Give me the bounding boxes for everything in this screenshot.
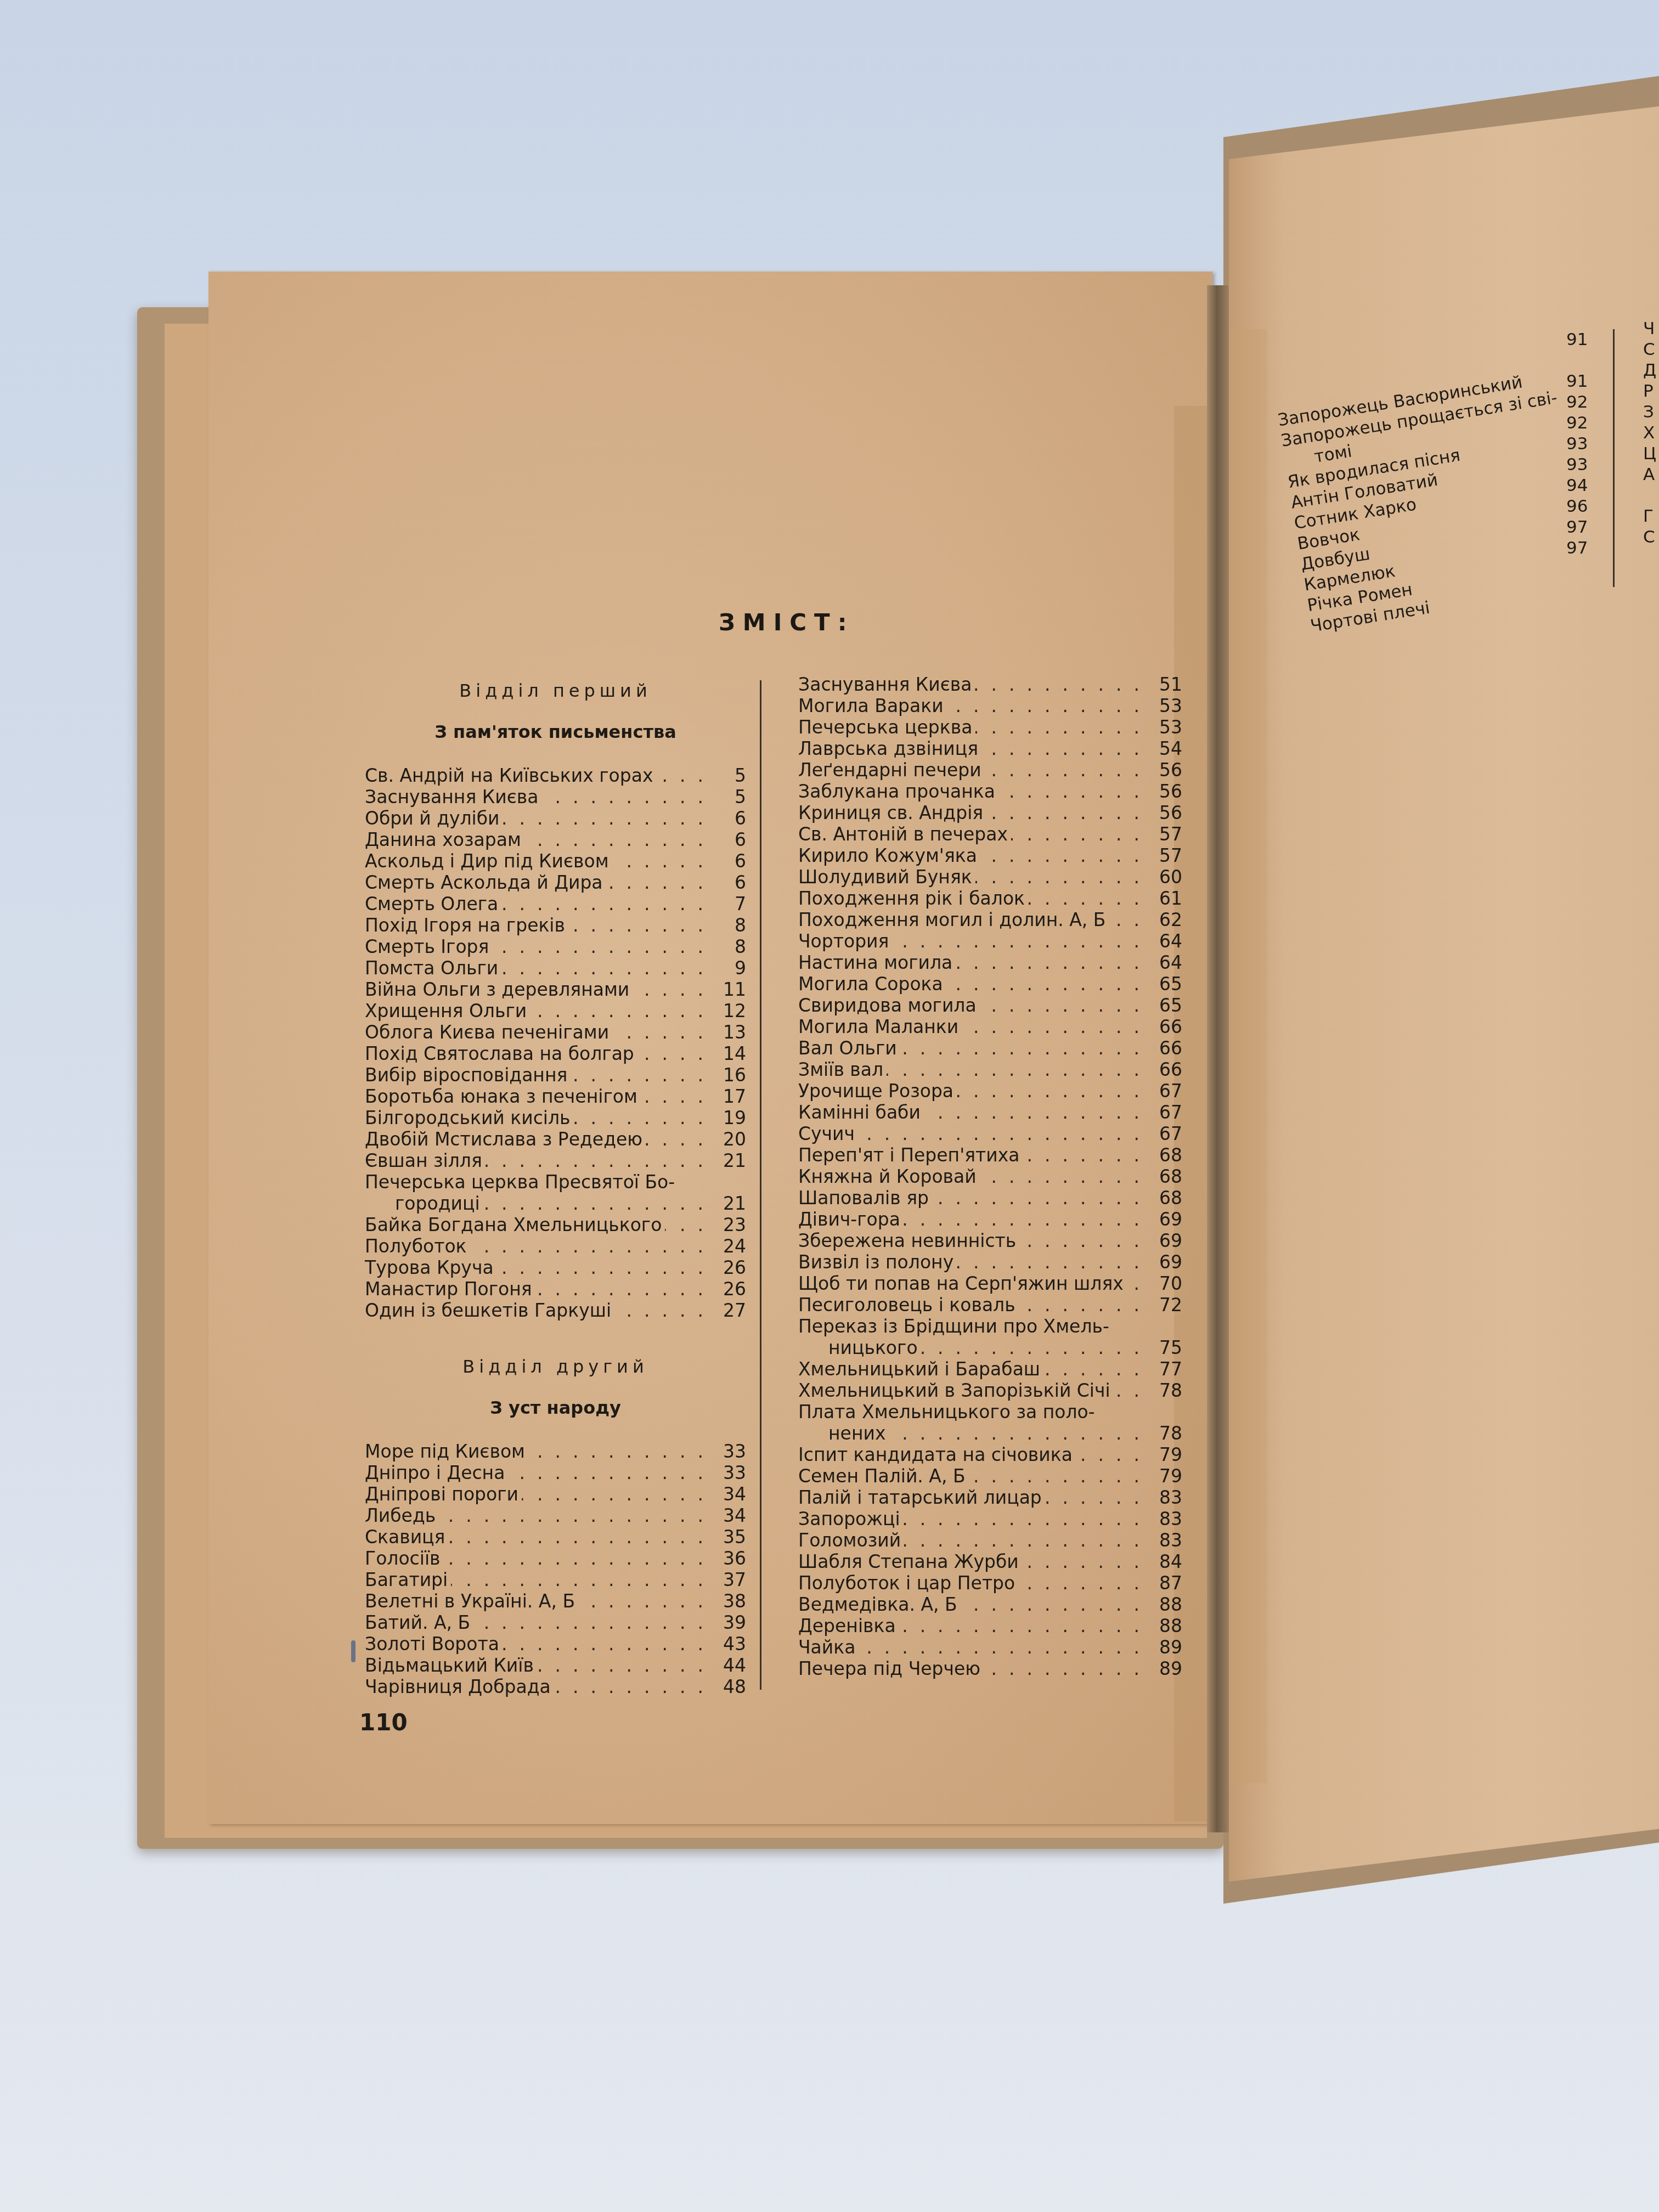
toc-entry: Шолудивий Буняк.........................… — [798, 866, 1182, 888]
toc-entry: Могила Маланки..........................… — [798, 1016, 1182, 1037]
entry-title: Облога Києва печенігами — [365, 1022, 609, 1043]
entry-page-number: 44 — [719, 1655, 746, 1676]
right-page-content: Запорожець ВасюринськийЗапорожець прощає… — [1262, 258, 1659, 697]
entry-title: Море під Києвом — [365, 1441, 525, 1462]
entry-page-number: 65 — [1155, 973, 1182, 995]
entry-title: ницького — [798, 1337, 918, 1358]
toc-entry: Свиридова могила........................… — [798, 995, 1182, 1016]
edge-letter: Ц — [1643, 443, 1656, 464]
toc-entry: Хмельницький в Запорізькій Січі.........… — [798, 1380, 1182, 1401]
dot-leader: ........................................ — [578, 1590, 715, 1612]
toc-entry: Могила Сорока...........................… — [798, 973, 1182, 995]
edge-letter: Ч — [1643, 318, 1656, 339]
toc-entry: Голосіїв................................… — [365, 1548, 746, 1569]
entry-page-number: 21 — [719, 1150, 746, 1171]
toc-right-page-entries: Запорожець ВасюринськийЗапорожець прощає… — [1277, 366, 1594, 637]
dot-leader: ........................................ — [646, 1128, 715, 1150]
entry-page-number: 9 — [719, 957, 746, 979]
entry-title: Двобій Мстислава з Редедею — [365, 1128, 642, 1150]
entry-title: нених — [798, 1423, 885, 1444]
right-page-divider — [1613, 329, 1615, 587]
dot-leader: ........................................ — [641, 1086, 715, 1107]
entry-title: Чайка — [798, 1637, 855, 1658]
entry-title: Леґендарні печери — [798, 759, 981, 781]
entry-page-number: 60 — [1155, 866, 1182, 888]
repair-tape-right — [1223, 329, 1267, 1783]
entry-title: Багатирі — [365, 1569, 448, 1590]
dot-leader: ........................................ — [522, 1483, 715, 1505]
toc-right-column: Заснування Києва........................… — [798, 674, 1182, 1679]
toc-entry: Вал Ольги...............................… — [798, 1037, 1182, 1059]
toc-entry: Один із бешкетів Гаркуші................… — [365, 1300, 746, 1321]
entry-page-number: 93 — [1566, 433, 1588, 454]
dot-leader: ........................................ — [444, 1548, 715, 1569]
book-gutter — [1207, 285, 1229, 1832]
entry-page-number: 56 — [1155, 759, 1182, 781]
dot-leader: ........................................ — [537, 1655, 715, 1676]
dot-leader: ........................................ — [975, 866, 1152, 888]
entry-page-number: 53 — [1155, 695, 1182, 716]
dot-leader: ........................................ — [1019, 1294, 1152, 1316]
toc-entry: Хмельницький і Барабаш..................… — [798, 1358, 1182, 1380]
dot-leader: ........................................ — [1019, 1230, 1152, 1251]
dot-leader: ........................................ — [1018, 1572, 1152, 1594]
entry-title: Дніпро і Десна — [365, 1462, 505, 1483]
entry-title: Один із бешкетів Гаркуші — [365, 1300, 611, 1321]
entry-page-number: 7 — [719, 893, 746, 915]
entry-title: Печерська церква — [798, 716, 972, 738]
entry-title: Скавиця — [365, 1526, 445, 1548]
toc-entry: Облога Києва печенігами.................… — [365, 1022, 746, 1043]
entry-page-number: 79 — [1155, 1444, 1182, 1465]
entry-page-number: 72 — [1155, 1294, 1182, 1316]
entry-title: Полуботок — [365, 1235, 467, 1257]
entry-page-number: 6 — [719, 850, 746, 872]
dot-leader: ........................................ — [448, 1526, 715, 1548]
right-page-numbers: 91919292939394969797 — [1566, 329, 1588, 558]
dot-leader: ........................................ — [612, 850, 715, 872]
dot-leader: ........................................ — [492, 936, 715, 957]
toc-entry: Св. Антоній в печерах...................… — [798, 823, 1182, 845]
dot-leader: ........................................ — [969, 1465, 1152, 1487]
toc-entry: Данина хозарам..........................… — [365, 829, 746, 850]
entry-title: Смерть Олега — [365, 893, 498, 915]
entry-title: Війна Ольги з деревлянами — [365, 979, 629, 1000]
toc-entry: Походження рік і балок..................… — [798, 888, 1182, 909]
toc-entry: Скавиця.................................… — [365, 1526, 746, 1548]
dot-leader: ........................................ — [637, 1043, 715, 1064]
toc-entry: Либедь..................................… — [365, 1505, 746, 1526]
entry-page-number: 48 — [719, 1676, 746, 1697]
entry-page-number: 69 — [1155, 1251, 1182, 1273]
entry-title: Настина могила — [798, 952, 952, 973]
dot-leader: ........................................ — [904, 1209, 1152, 1230]
edge-letter: З — [1643, 402, 1656, 422]
toc-entry: Хрищення Ольги..........................… — [365, 1000, 746, 1022]
entry-page-number: 78 — [1155, 1380, 1182, 1401]
entry-title: Св. Антоній в печерах — [798, 823, 1008, 845]
toc-entry: Білгородський кисіль....................… — [365, 1107, 746, 1128]
entry-title: Вал Ольги — [798, 1037, 897, 1059]
toc-entry: Іспит кандидата на січовика.............… — [798, 1444, 1182, 1465]
toc-entry: Чарівниця Добрада.......................… — [365, 1676, 746, 1697]
entry-page-number: 62 — [1155, 909, 1182, 930]
toc-entry: Боротьба юнака з печенігом..............… — [365, 1086, 746, 1107]
toc-entry: Лаврська дзвіниця.......................… — [798, 738, 1182, 759]
dot-leader: ........................................ — [568, 915, 715, 936]
entry-title: Голосіїв — [365, 1548, 441, 1569]
toc-entry: Заблукана прочанка......................… — [798, 781, 1182, 802]
dot-leader: ........................................ — [859, 1637, 1152, 1658]
entry-title: Іспит кандидата на січовика — [798, 1444, 1073, 1465]
edge-letter: Х — [1643, 422, 1656, 443]
toc-entry: Дніпро і Десна..........................… — [365, 1462, 746, 1483]
entry-title: Збережена невинність — [798, 1230, 1016, 1251]
dot-leader: ........................................ — [503, 808, 715, 829]
entry-title: Могила Сорока — [798, 973, 943, 995]
entry-page-number: 57 — [1155, 845, 1182, 866]
edge-letter: Р — [1643, 381, 1656, 402]
toc-entry: Похід Святослава на болгар..............… — [365, 1043, 746, 1064]
entry-title: Боротьба юнака з печенігом — [365, 1086, 637, 1107]
entry-page-number: 38 — [719, 1590, 746, 1612]
dot-leader: ........................................ — [439, 1505, 715, 1526]
dot-leader: ........................................ — [473, 1612, 715, 1633]
dot-leader: ........................................ — [486, 1150, 715, 1171]
dot-leader: ........................................ — [932, 1187, 1152, 1209]
entry-title: Заснування Києва — [798, 674, 972, 695]
toc-entry: Переп'ят і Переп'ятиха..................… — [798, 1144, 1182, 1166]
toc-entry: Море під Києвом.........................… — [365, 1441, 746, 1462]
entry-page-number: 33 — [719, 1462, 746, 1483]
entry-page-number: 39 — [719, 1612, 746, 1633]
entry-page-number: 91 — [1566, 371, 1588, 392]
toc-entry: Смерть Аскольда й Дира..................… — [365, 872, 746, 893]
entry-page-number: 65 — [1155, 995, 1182, 1016]
entry-page-number: 24 — [719, 1235, 746, 1257]
toc-entries-section1: Св. Андрій на Київських горах...........… — [365, 765, 746, 1321]
entry-title: Чортория — [798, 930, 889, 952]
entry-page-number: 33 — [719, 1441, 746, 1462]
toc-left-column: Відділ перший З пам'яток письменства Св.… — [365, 680, 746, 1697]
section-heading: Відділ перший — [365, 680, 746, 702]
toc-entry: Урочище Розора..........................… — [798, 1080, 1182, 1102]
toc-entry: Заснування Києва........................… — [798, 674, 1182, 695]
dot-leader: ........................................ — [961, 1594, 1152, 1615]
dot-leader: ........................................ — [984, 1658, 1152, 1679]
toc-entry: Семен Палій. А, Б.......................… — [798, 1465, 1182, 1487]
dot-leader: ........................................ — [975, 674, 1152, 695]
entry-page-number: 92 — [1566, 413, 1588, 433]
toc-entry: Плата Хмельницького за поло- — [798, 1401, 1182, 1423]
entry-title: Княжна й Коровай — [798, 1166, 977, 1187]
toc-entry: Запорожці...............................… — [798, 1508, 1182, 1530]
entry-page-number: 35 — [719, 1526, 746, 1548]
toc-entry: Княжна й Коровай........................… — [798, 1166, 1182, 1187]
dot-leader: ........................................ — [530, 1000, 715, 1022]
toc-entry: Помста Ольги............................… — [365, 957, 746, 979]
entry-page-number: 11 — [719, 979, 746, 1000]
entry-title: Печера під Черчею — [798, 1658, 980, 1679]
entry-title: Переказ із Брідщини про Хмель- — [798, 1316, 1109, 1337]
dot-leader: ........................................ — [924, 1102, 1152, 1123]
entry-title: Зміїв вал — [798, 1059, 883, 1080]
entry-title: Вибір віросповідання — [365, 1064, 567, 1086]
entry-page-number: 20 — [719, 1128, 746, 1150]
entry-page-number: 23 — [719, 1214, 746, 1235]
toc-entry: Заснування Києва........................… — [365, 786, 746, 808]
entry-page-number: 88 — [1155, 1594, 1182, 1615]
entry-page-number: 97 — [1566, 517, 1588, 538]
entry-title: Печерська церква Пресвятої Бо- — [365, 1171, 675, 1193]
entry-page-number: 79 — [1155, 1465, 1182, 1487]
entry-page-number: 27 — [719, 1300, 746, 1321]
toc-entry: Смерть Олега............................… — [365, 893, 746, 915]
entry-page-number: 54 — [1155, 738, 1182, 759]
edge-letter — [1643, 485, 1656, 506]
entry-page-number: 75 — [1155, 1337, 1182, 1358]
dot-leader: ........................................ — [946, 973, 1152, 995]
toc-entry: Двобій Мстислава з Редедею..............… — [365, 1128, 746, 1150]
dot-leader: ........................................ — [501, 957, 715, 979]
dot-leader: ........................................ — [962, 1016, 1152, 1037]
toc-entry: Песиголовець і коваль...................… — [798, 1294, 1182, 1316]
dot-leader: ........................................ — [957, 1251, 1152, 1273]
entry-title: Урочище Розора — [798, 1080, 953, 1102]
toc-entry: Печерська церква........................… — [798, 716, 1182, 738]
toc-entry: Турова Круча............................… — [365, 1257, 746, 1278]
dot-leader: ........................................ — [574, 1107, 715, 1128]
dot-leader: ........................................ — [887, 1059, 1152, 1080]
toc-entry: Криниця св. Андрія......................… — [798, 802, 1182, 823]
toc-entry: Визвіл із полону........................… — [798, 1251, 1182, 1273]
toc-entry: Збережена невинність....................… — [798, 1230, 1182, 1251]
entry-page-number: 6 — [719, 808, 746, 829]
entry-title: Визвіл із полону — [798, 1251, 953, 1273]
toc-entry: Вибір віросповідання....................… — [365, 1064, 746, 1086]
entry-title: Золоті Ворота — [365, 1633, 499, 1655]
entry-title: Велетні в Україні. А, Б — [365, 1590, 575, 1612]
entry-title: Могила Вараки — [798, 695, 944, 716]
entry-title: Похід Святослава на болгар — [365, 1043, 634, 1064]
toc-entry: Настина могила..........................… — [798, 952, 1182, 973]
entry-title: Деренівка — [798, 1615, 896, 1637]
toc-entry: Полуботок...............................… — [365, 1235, 746, 1257]
entry-page-number: 69 — [1155, 1230, 1182, 1251]
entry-title: Походження могил і долин. А, Б — [798, 909, 1105, 930]
dot-leader: ........................................ — [451, 1569, 715, 1590]
dot-leader: ........................................ — [1076, 1444, 1152, 1465]
entry-page-number: 83 — [1155, 1530, 1182, 1551]
entry-title: Данина хозарам — [365, 829, 521, 850]
toc-entry: Золоті Ворота...........................… — [365, 1633, 746, 1655]
dot-leader: ........................................ — [497, 1257, 715, 1278]
dot-leader: ........................................ — [975, 716, 1152, 738]
edge-letter: С — [1643, 527, 1656, 548]
entry-page-number: 36 — [719, 1548, 746, 1569]
toc-entry: Смерть Ігоря............................… — [365, 936, 746, 957]
dot-leader: ........................................ — [1045, 1487, 1152, 1508]
entry-page-number: 5 — [719, 765, 746, 786]
toc-entry: Багатирі................................… — [365, 1569, 746, 1590]
entry-title: Хмельницький в Запорізькій Січі — [798, 1380, 1110, 1401]
edge-letter: А — [1643, 464, 1656, 485]
right-page-edge-letters: ЧСДРЗХЦАГС — [1643, 318, 1656, 548]
dot-leader: ........................................ — [470, 1235, 715, 1257]
entry-title: Шаповалів яр — [798, 1187, 929, 1209]
entry-title: Заснування Києва — [365, 786, 538, 808]
toc-entry: Печерська церква Пресвятої Бо- — [365, 1171, 746, 1193]
entry-page-number: 66 — [1155, 1016, 1182, 1037]
toc-entry: Щоб ти попав на Серп'яжин шлях..........… — [798, 1273, 1182, 1294]
dot-leader: ........................................ — [957, 1080, 1152, 1102]
entry-title: Турова Круча — [365, 1257, 494, 1278]
toc-entry: ницького................................… — [798, 1337, 1182, 1358]
entry-page-number: 8 — [719, 936, 746, 957]
toc-entry: Шаповалів яр............................… — [798, 1187, 1182, 1209]
dot-leader: ........................................ — [1011, 823, 1152, 845]
dot-leader: ........................................ — [657, 765, 716, 786]
toc-entry: Аскольд і Дир під Києвом................… — [365, 850, 746, 872]
dot-leader: ........................................ — [606, 872, 715, 893]
edge-letter: Д — [1643, 360, 1656, 381]
entry-page-number: 43 — [719, 1633, 746, 1655]
entry-page-number: 91 — [1566, 329, 1588, 350]
dot-leader: ........................................ — [858, 1123, 1152, 1144]
dot-leader: ........................................ — [980, 995, 1152, 1016]
entry-page-number: 68 — [1155, 1166, 1182, 1187]
entry-page-number: 67 — [1155, 1123, 1182, 1144]
entry-page-number: 21 — [719, 1193, 746, 1214]
entry-title: Смерть Ігоря — [365, 936, 489, 957]
entry-page-number: 19 — [719, 1107, 746, 1128]
dot-leader: ........................................ — [904, 1508, 1152, 1530]
entry-page-number: 70 — [1155, 1273, 1182, 1294]
entry-page-number: 6 — [719, 829, 746, 850]
entry-page-number: 97 — [1566, 538, 1588, 558]
entry-title: Заблукана прочанка — [798, 781, 995, 802]
entry-page-number: 64 — [1155, 930, 1182, 952]
dot-leader: ........................................ — [535, 1278, 715, 1300]
dot-leader: ........................................ — [904, 1530, 1152, 1551]
toc-entry: Св. Андрій на Київських горах...........… — [365, 765, 746, 786]
entry-title: Дніпрові пороги — [365, 1483, 518, 1505]
entry-title: Семен Палій. А, Б — [798, 1465, 966, 1487]
entry-title: Щоб ти попав на Серп'яжин шлях — [798, 1273, 1124, 1294]
entry-title: Чарівниця Добрада — [365, 1676, 551, 1697]
toc-entry: Палій і татарський лицар................… — [798, 1487, 1182, 1508]
dot-leader: ........................................ — [899, 1615, 1152, 1637]
toc-entry: Могила Вараки...........................… — [798, 695, 1182, 716]
dot-leader: ........................................ — [947, 695, 1152, 716]
entry-page-number: 61 — [1155, 888, 1182, 909]
entry-title: Походження рік і балок — [798, 888, 1025, 909]
entry-title: Кирило Кожум'яка — [798, 845, 977, 866]
entry-title: Полуботок і цар Петро — [798, 1572, 1015, 1594]
entry-page-number: 68 — [1155, 1187, 1182, 1209]
entry-page-number: 89 — [1155, 1637, 1182, 1658]
toc-entry: Обри й дуліби...........................… — [365, 808, 746, 829]
entry-page-number: 14 — [719, 1043, 746, 1064]
dot-leader: ........................................ — [483, 1193, 715, 1214]
entry-page-number: 34 — [719, 1483, 746, 1505]
toc-entry: Зміїв вал...............................… — [798, 1059, 1182, 1080]
entry-title: Шолудивий Буняк — [798, 866, 972, 888]
dot-leader: ........................................ — [503, 1633, 715, 1655]
toc-entry: Ведмедівка. А, Б........................… — [798, 1594, 1182, 1615]
entry-title: Переп'ят і Переп'ятиха — [798, 1144, 1020, 1166]
toc-entry: Чортория................................… — [798, 930, 1182, 952]
dot-leader: ........................................ — [508, 1462, 715, 1483]
dot-leader: ........................................ — [985, 759, 1152, 781]
toc-entry: Дніпрові пороги.........................… — [365, 1483, 746, 1505]
dot-leader: ........................................ — [980, 1166, 1152, 1187]
entry-page-number: 56 — [1155, 781, 1182, 802]
toc-entry: Голомозий...............................… — [798, 1530, 1182, 1551]
toc-entries-section2: Море під Києвом.........................… — [365, 1441, 746, 1697]
entry-page-number: 96 — [1566, 496, 1588, 517]
dot-leader: ........................................ — [501, 893, 715, 915]
edge-letter: С — [1643, 339, 1656, 360]
dot-leader: ........................................ — [986, 802, 1152, 823]
entry-title: Дівич-гора — [798, 1209, 900, 1230]
toc-entry: Переказ із Брідщини про Хмель- — [798, 1316, 1182, 1337]
dot-leader: ........................................ — [889, 1423, 1152, 1444]
entry-title: Байка Богдана Хмельницького — [365, 1214, 662, 1235]
dot-leader: ........................................ — [524, 829, 715, 850]
entry-page-number: 37 — [719, 1569, 746, 1590]
entry-title: Ведмедівка. А, Б — [798, 1594, 957, 1615]
entry-page-number: 12 — [719, 1000, 746, 1022]
entry-title: Аскольд і Дир під Києвом — [365, 850, 609, 872]
entry-page-number: 77 — [1155, 1358, 1182, 1380]
entry-page-number: 84 — [1155, 1551, 1182, 1572]
toc-entry: Кирило Кожум'яка........................… — [798, 845, 1182, 866]
toc-entry: Походження могил і долин. А, Б..........… — [798, 909, 1182, 930]
entry-title: Палій і татарський лицар — [798, 1487, 1042, 1508]
page-number: 110 — [359, 1709, 408, 1736]
dot-leader: ........................................ — [612, 1022, 715, 1043]
dot-leader: ........................................ — [981, 738, 1152, 759]
entry-page-number: 66 — [1155, 1059, 1182, 1080]
toc-entry: Чайка...................................… — [798, 1637, 1182, 1658]
dot-leader: ........................................ — [900, 1037, 1152, 1059]
entry-page-number — [1566, 350, 1588, 371]
entry-title: Хрищення Ольги — [365, 1000, 527, 1022]
toc-entry: Батий. А, Б.............................… — [365, 1612, 746, 1633]
dot-leader: ........................................ — [956, 952, 1152, 973]
entry-page-number: 87 — [1155, 1572, 1182, 1594]
toc-entry: Печера під Черчею.......................… — [798, 1658, 1182, 1679]
toc-entry: Війна Ольги з деревлянами...............… — [365, 979, 746, 1000]
dot-leader: ........................................ — [921, 1337, 1152, 1358]
entry-page-number: 64 — [1155, 952, 1182, 973]
entry-title: Песиголовець і коваль — [798, 1294, 1015, 1316]
entry-title: Помста Ольги — [365, 957, 498, 979]
entry-page-number: 13 — [719, 1022, 746, 1043]
entry-title: Могила Маланки — [798, 1016, 958, 1037]
entry-page-number: 6 — [719, 872, 746, 893]
toc-entry: Леґендарні печери.......................… — [798, 759, 1182, 781]
dot-leader: ........................................ — [1022, 1551, 1152, 1572]
entry-page-number: 68 — [1155, 1144, 1182, 1166]
entry-title: Манастир Погоня — [365, 1278, 532, 1300]
entry-page-number: 92 — [1566, 392, 1588, 413]
toc-entry: Сучич...................................… — [798, 1123, 1182, 1144]
entry-title: Обри й дуліби — [365, 808, 500, 829]
entry-page-number: 53 — [1155, 716, 1182, 738]
dot-leader: ........................................ — [633, 979, 715, 1000]
